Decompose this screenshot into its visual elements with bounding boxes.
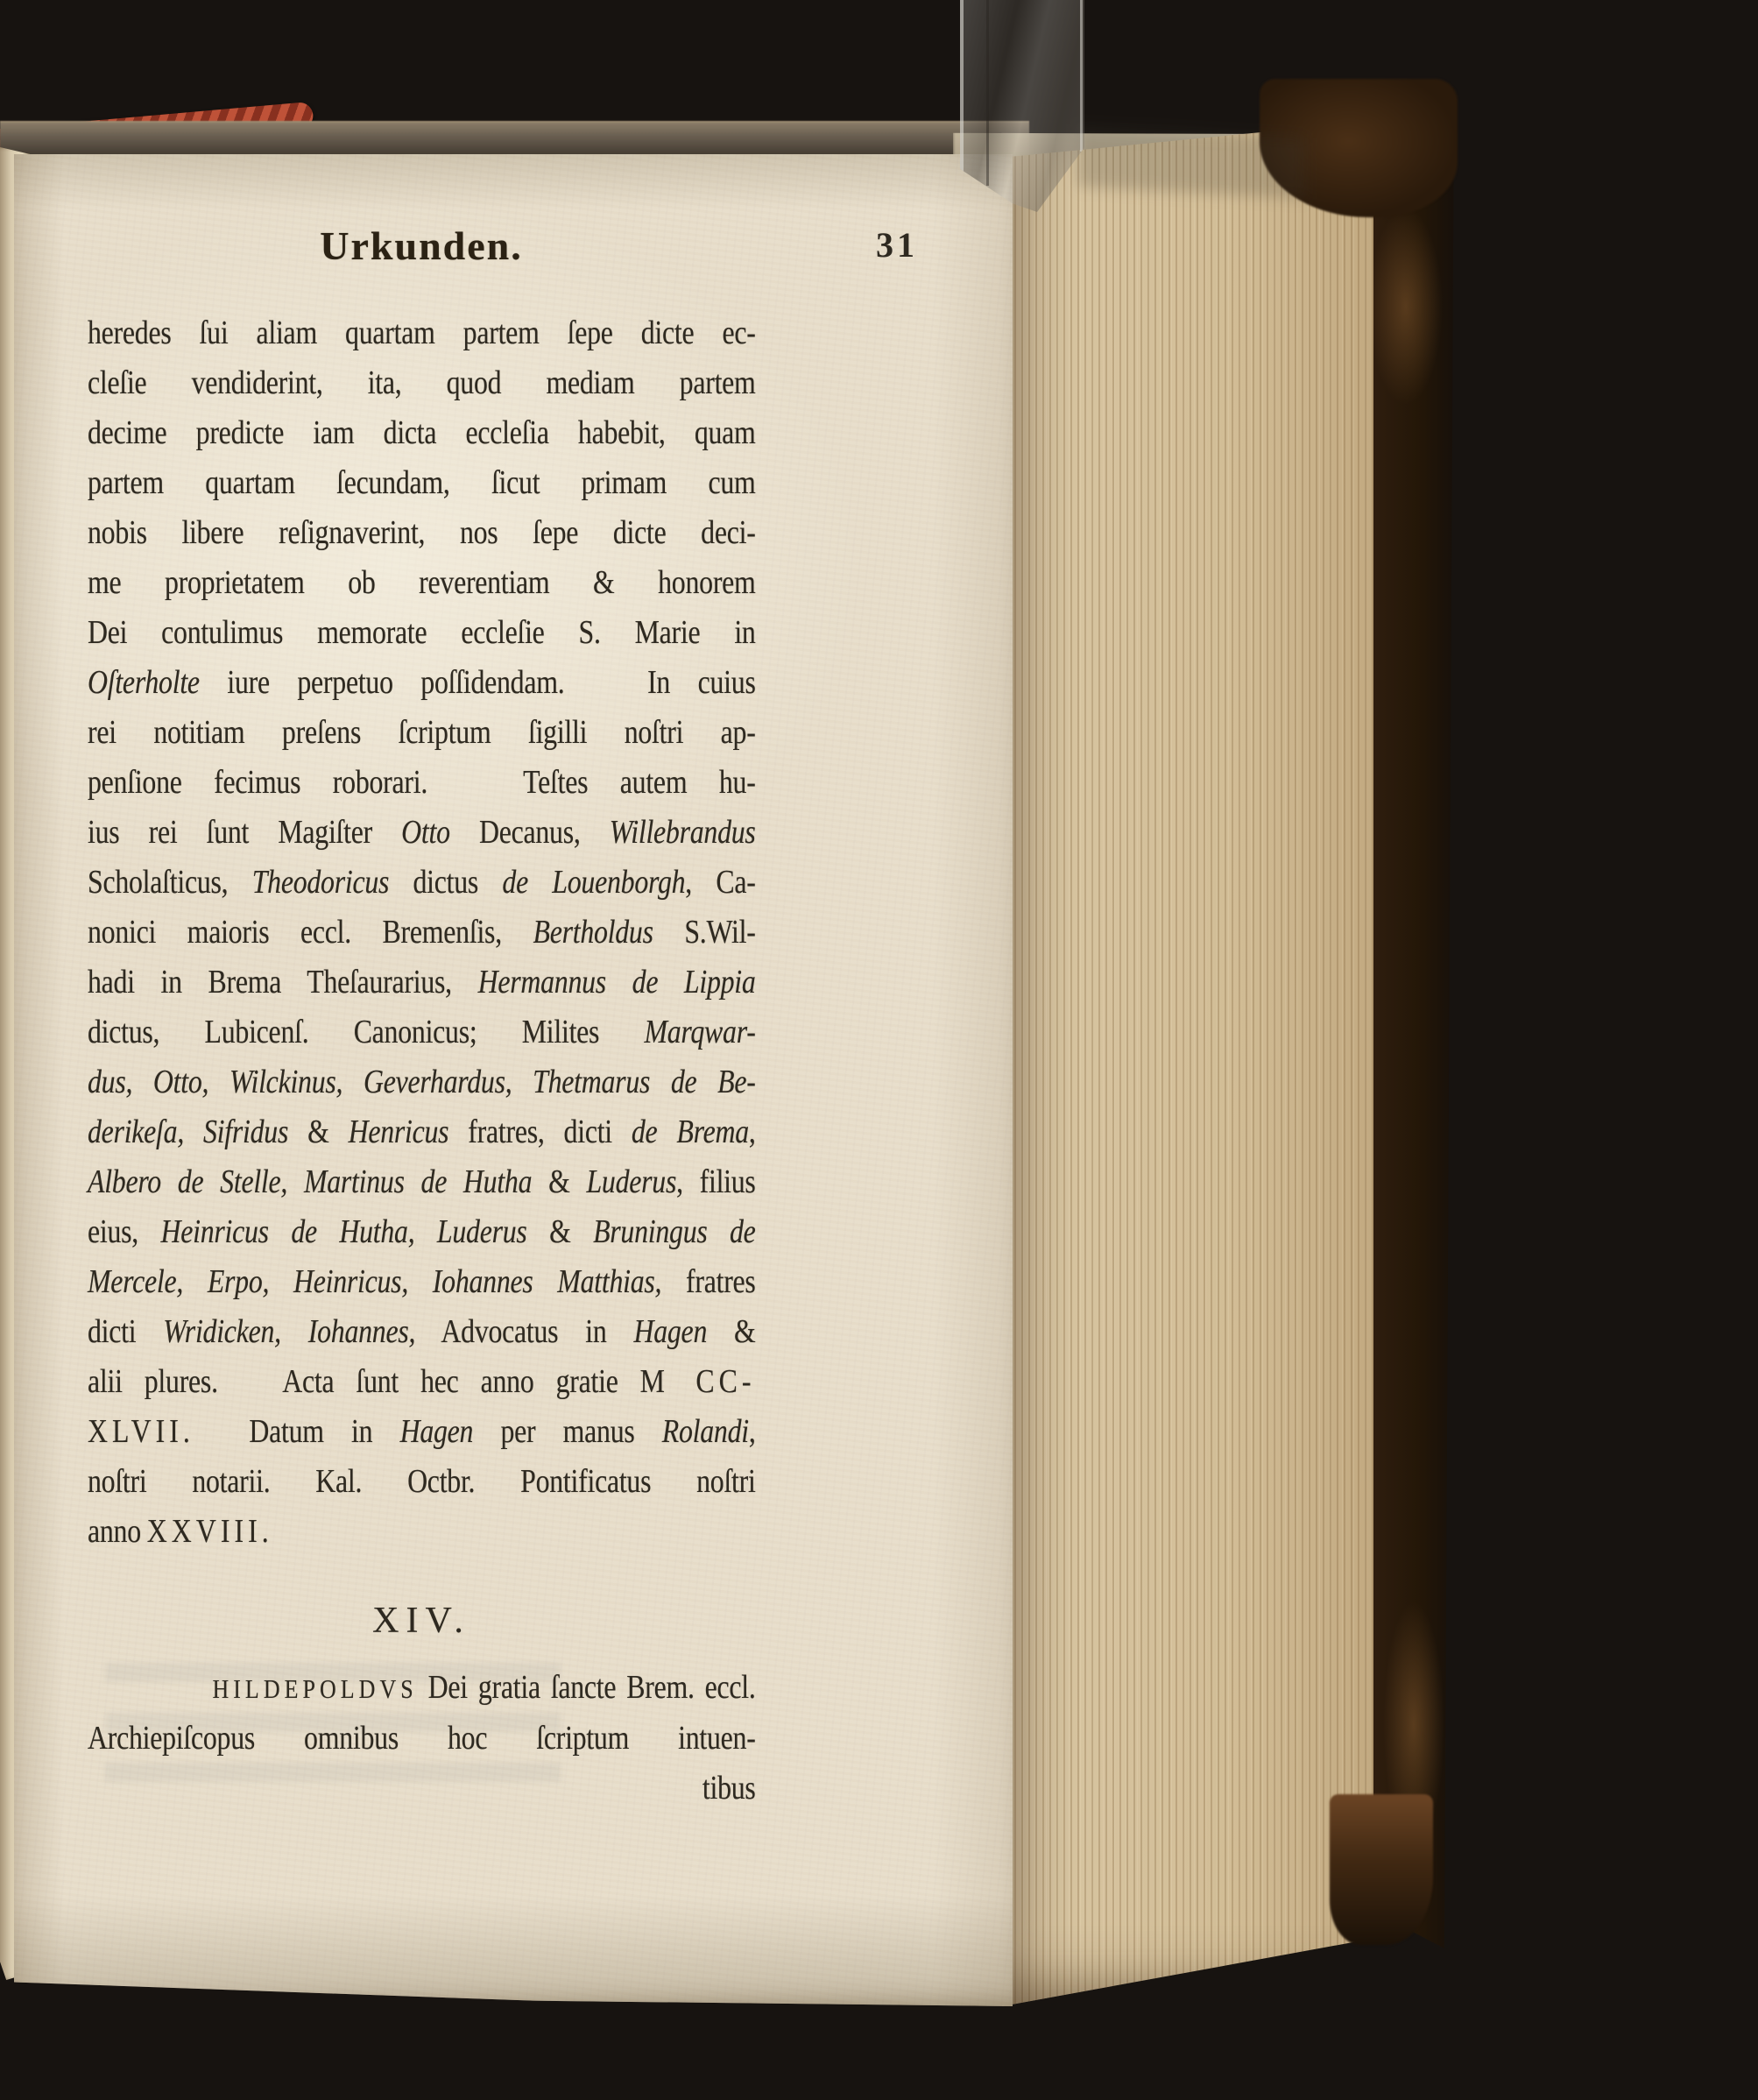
italic-name: Hagen — [400, 1413, 474, 1450]
text-segment: , Ca- — [685, 864, 755, 901]
text-line: ius rei ſunt Magiſter Otto Decanus, Will… — [88, 808, 756, 858]
text-segment: Scholaſticus, — [88, 864, 252, 901]
text-segment — [218, 1363, 283, 1400]
text-line: cleſie vendiderint, ita, quod mediam par… — [88, 358, 756, 408]
italic-name: Oſterholte — [88, 664, 200, 701]
text-segment: fratres — [661, 1263, 755, 1300]
italic-name: dus, Otto, Wilckinus, Geverhardus, Thetm… — [88, 1064, 756, 1100]
text-segment: & — [288, 1114, 348, 1150]
clip-left-highlight — [960, 0, 964, 173]
italic-name: Bertholdus — [533, 914, 653, 951]
text-line: decime predicte iam dicta eccleſia habeb… — [88, 408, 756, 458]
text-line: penſione fecimus roborari. Teſtes autem … — [88, 758, 756, 808]
text-line: Scholaſticus, Theodoricus dictus de Loue… — [88, 858, 756, 908]
italic-name: Hagen — [633, 1313, 707, 1350]
text-segment: anno — [88, 1513, 147, 1550]
text-line: hadi in Brema Theſaurarius, Hermannus de… — [88, 958, 756, 1008]
text-line: dus, Otto, Wilckinus, Geverhardus, Thetm… — [88, 1057, 756, 1107]
text-segment: nonici maioris eccl. Bremenſis, — [88, 914, 533, 951]
text-line: rei notitiam preſens ſcriptum ſigilli no… — [88, 708, 756, 758]
text-segment: cleſie vendiderint, ita, quod mediam par… — [88, 364, 756, 401]
text-line: Archiepiſcopus omnibus hoc ſcriptum intu… — [88, 1714, 756, 1764]
italic-name: Willebrandus — [610, 814, 756, 851]
text-segment: Archiepiſcopus omnibus hoc ſcriptum intu… — [88, 1720, 756, 1757]
text-line: alii plures. Acta ſunt hec anno gratie M… — [88, 1357, 756, 1407]
book-photo: Urkunden. 31 heredes ſui aliam quartam p… — [0, 0, 1758, 2100]
text-line: noſtri notarii. Kal. Octbr. Pontificatus… — [88, 1457, 756, 1507]
italic-name: Rolandi — [662, 1413, 749, 1450]
text-segment: & — [527, 1213, 594, 1250]
body-text: heredes ſui aliam quartam partem ſepe di… — [88, 308, 756, 1557]
text-segment: XLVII. — [88, 1413, 194, 1450]
italic-name: Mercele, Erpo, Heinricus, Iohannes Matth… — [88, 1263, 661, 1300]
text-segment: Advocatus in — [415, 1313, 633, 1350]
text-segment: dictus — [389, 864, 502, 901]
fore-edge-pages — [1000, 112, 1419, 2010]
clip-shadow — [1077, 125, 1305, 199]
text-segment: nobis libere reſignaverint, nos ſepe dic… — [88, 514, 756, 551]
text-segment: dictus, Lubicenſ. Canonicus; Milites — [88, 1014, 644, 1050]
italic-name: Theodoricus — [252, 864, 389, 901]
text-line: eius, Heinricus de Hutha, Luderus & Brun… — [88, 1207, 756, 1257]
italic-name: Luderus — [586, 1163, 676, 1200]
text-segment: In cuius — [647, 664, 756, 701]
text-segment: Dei gratia ſancte Brem. eccl. — [418, 1669, 756, 1706]
text-line: Dei contulimus memorate eccleſie S. Mari… — [88, 608, 756, 658]
italic-name: de Louenborgh — [502, 864, 685, 901]
italic-name: Otto — [401, 814, 450, 851]
text-segment: iure perpetuo poſſidendam. — [200, 664, 565, 701]
text-segment: & — [707, 1313, 755, 1350]
italic-name: Heinricus de Hutha, Luderus — [160, 1213, 526, 1250]
text-segment: decime predicte iam dicta eccleſia habeb… — [88, 414, 756, 451]
text-segment: hadi in Brema Theſaurarius, — [88, 964, 478, 1001]
text-segment: ius rei ſunt Magiſter — [88, 814, 401, 851]
text-segment — [564, 664, 647, 701]
text-segment: Teſtes autem hu- — [523, 764, 755, 801]
italic-name: Bruningus de — [593, 1213, 755, 1250]
text-segment: partem quartam ſecundam, ſicut primam cu… — [88, 464, 756, 501]
section-text: HILDEPOLDVS Dei gratia ſancte Brem. eccl… — [88, 1663, 756, 1814]
text-segment: , — [749, 1114, 756, 1150]
text-segment: noſtri notarii. Kal. Octbr. Pontificatus… — [88, 1463, 756, 1500]
text-segment: Dei contulimus memorate eccleſie S. Mari… — [88, 614, 756, 651]
text-segment: fratres, dicti — [448, 1114, 632, 1150]
text-line: nonici maioris eccl. Bremenſis, Berthold… — [88, 908, 756, 958]
italic-name: Albero de Stelle, Martinus de Hutha — [88, 1163, 532, 1200]
text-segment: per manus — [473, 1413, 662, 1450]
text-line: dicti Wridicken, Iohannes, Advocatus in … — [88, 1307, 756, 1357]
italic-name: Hermannus de Lippia — [478, 964, 756, 1001]
text-line: tibus — [88, 1764, 756, 1814]
text-segment: tibus — [702, 1770, 756, 1807]
text-line: derikeſa, Sifridus & Henricus fratres, d… — [88, 1107, 756, 1157]
italic-name: de Brema — [632, 1114, 749, 1150]
text-segment: me proprietatem ob reverentiam & honorem — [88, 564, 756, 601]
page-number: 31 — [876, 224, 918, 265]
text-line: me proprietatem ob reverentiam & honorem — [88, 558, 756, 608]
text-line: partem quartam ſecundam, ſicut primam cu… — [88, 458, 756, 508]
text-line: anno XXVIII. — [88, 1507, 756, 1557]
text-segment: M CC- — [640, 1363, 756, 1400]
italic-name: derikeſa, Sifridus — [88, 1114, 288, 1150]
running-head: Urkunden. — [88, 223, 755, 269]
text-segment: rei notitiam preſens ſcriptum ſigilli no… — [88, 714, 756, 751]
text-line: HILDEPOLDVS Dei gratia ſancte Brem. eccl… — [88, 1663, 756, 1714]
clip-groove — [986, 0, 989, 186]
text-segment: Acta ſunt hec anno gratie — [282, 1363, 639, 1400]
italic-name: Wridicken, Iohannes, — [163, 1313, 415, 1350]
leather-corner-bottom — [1330, 1794, 1433, 1945]
text-segment: , — [749, 1413, 756, 1450]
text-segment: alii plures. — [88, 1363, 218, 1400]
text-segment: XXVIII. — [147, 1513, 273, 1550]
text-segment: eius, — [88, 1213, 160, 1250]
clip-right-highlight — [1080, 0, 1083, 152]
section-heading: XIV. — [88, 1600, 755, 1642]
back-cover-leather — [1373, 82, 1454, 1948]
text-line: Albero de Stelle, Martinus de Hutha & Lu… — [88, 1157, 756, 1207]
text-segment: dicti — [88, 1313, 163, 1350]
text-line: heredes ſui aliam quartam partem ſepe di… — [88, 308, 756, 358]
text-segment: penſione fecimus roborari. — [88, 764, 427, 801]
text-segment — [194, 1413, 250, 1450]
text-segment: S.Wil- — [653, 914, 756, 951]
text-segment: , filius — [676, 1163, 755, 1200]
text-segment: & — [532, 1163, 586, 1200]
text-line: Oſterholte iure perpetuo poſſidendam. In… — [88, 658, 756, 708]
text-segment: Decanus, — [450, 814, 610, 851]
text-segment: heredes ſui aliam quartam partem ſepe di… — [88, 315, 756, 351]
text-line: dictus, Lubicenſ. Canonicus; Milites Mar… — [88, 1008, 756, 1057]
name-smallcaps: HILDEPOLDVS — [212, 1673, 417, 1704]
text-segment: Datum in — [249, 1413, 399, 1450]
text-line: XLVII. Datum in Hagen per manus Rolandi, — [88, 1407, 756, 1457]
italic-name: Marqwar- — [644, 1014, 755, 1050]
text-segment — [427, 764, 523, 801]
text-line: nobis libere reſignaverint, nos ſepe dic… — [88, 508, 756, 558]
text-line: Mercele, Erpo, Heinricus, Iohannes Matth… — [88, 1257, 756, 1307]
italic-name: Henricus — [349, 1114, 449, 1150]
